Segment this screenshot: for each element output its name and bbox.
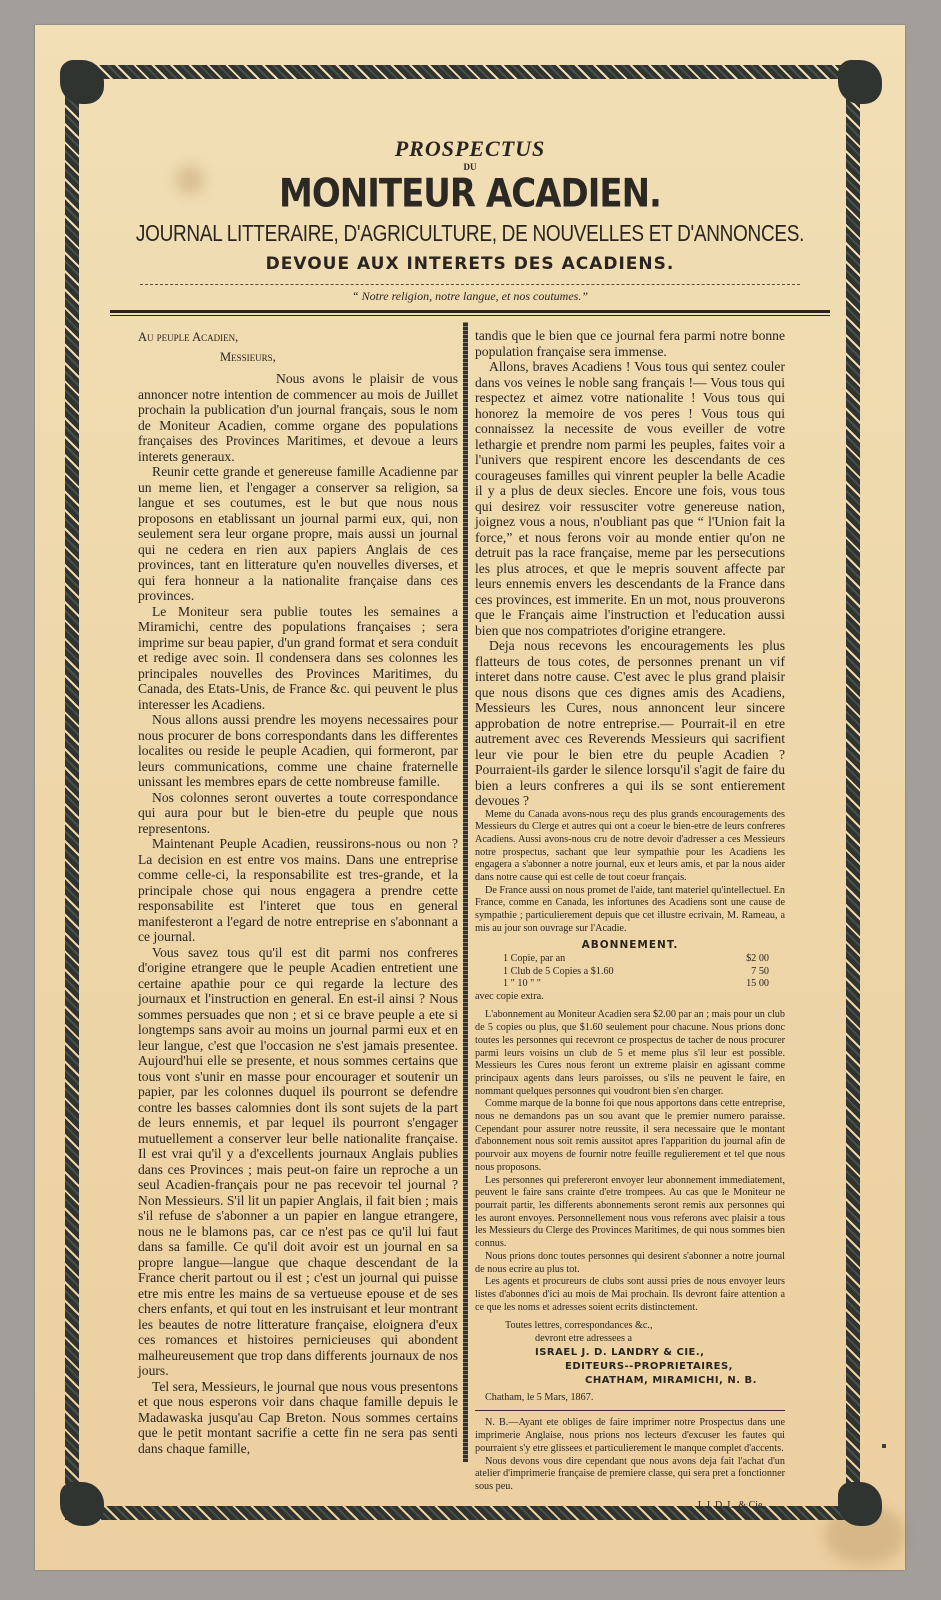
paragraph: Allons, braves Acadiens ! Vous tous qui … <box>475 359 785 638</box>
dashed-rule <box>140 284 800 285</box>
paragraph: Nous avons le plaisir de vous annoncer n… <box>138 371 458 464</box>
price-row: 1 Club de 5 Copies a $1.607 50 <box>475 966 785 979</box>
paragraph: Tel sera, Messieurs, le journal que nous… <box>138 1379 458 1457</box>
price-row: 1 " 10 " "15 00 <box>475 978 785 991</box>
column-left: Au peuple Acadien, Messieurs, Nous avons… <box>138 328 458 1456</box>
address-intro: Toutes lettres, correspondances &c., <box>475 1320 785 1333</box>
abonnement-note: avec copie extra. <box>475 991 785 1004</box>
rule <box>475 1410 785 1411</box>
abonnement-heading: ABONNEMENT. <box>475 939 785 952</box>
paragraph: De France aussi on nous promet de l'aide… <box>475 885 785 936</box>
newspaper-subtitle: JOURNAL LITTERAIRE, D'AGRICULTURE, DE NO… <box>120 222 820 248</box>
paragraph: Reunir cette grande et genereuse famille… <box>138 464 458 604</box>
paragraph: N. B.—Ayant ete obliges de faire imprime… <box>475 1417 785 1455</box>
paragraph: Comme marque de la bonne foi que nous ap… <box>475 1098 785 1174</box>
column-divider <box>463 322 468 1462</box>
paragraph: Deja nous recevons les encouragements le… <box>475 638 785 809</box>
paragraph: Nous allons aussi prendre les moyens nec… <box>138 712 458 790</box>
publisher-role: EDITEURS--PROPRIETAIRES, <box>475 1360 785 1374</box>
devotion-line: DEVOUE AUX INTERETS DES ACADIENS. <box>120 254 820 274</box>
paragraph: Nous devons vous dire cependant que nous… <box>475 1456 785 1494</box>
paragraph: Les personnes qui prefereront envoyer le… <box>475 1175 785 1251</box>
price-row: 1 Copie, par an$2 00 <box>475 953 785 966</box>
border-corner-ornament <box>60 1482 104 1526</box>
paragraph: Le Moniteur sera publie toutes les semai… <box>138 604 458 713</box>
paragraph: L'abonnement au Moniteur Acadien sera $2… <box>475 1009 785 1098</box>
paragraph: Les agents et procureurs de clubs sont a… <box>475 1276 785 1314</box>
paragraph: Nous prions donc toutes personnes qui de… <box>475 1251 785 1276</box>
small-print-section: Meme du Canada avons-nous reçu des plus … <box>475 809 785 1513</box>
salutation-messieurs: Messieurs, <box>220 350 458 366</box>
salutation: Au peuple Acadien, <box>138 330 458 346</box>
initials-signature: I. J. D. L. & Cie. <box>475 1500 785 1513</box>
prospectus-heading: PROSPECTUS <box>120 136 820 162</box>
double-rule <box>110 310 830 316</box>
publisher-name: ISRAEL J. D. LANDRY & CIE., <box>475 1346 785 1360</box>
border-corner-ornament <box>60 60 104 104</box>
border-corner-ornament <box>838 60 882 104</box>
border-corner-ornament <box>838 1482 882 1526</box>
motto: “ Notre religion, notre langue, et nos c… <box>120 289 820 304</box>
paragraph: tandis que le bien que ce journal fera p… <box>475 328 785 359</box>
paragraph: Vous savez tous qu'il est dit parmi nos … <box>138 945 458 1379</box>
newspaper-title: MONITEUR ACADIEN. <box>120 171 820 217</box>
dateline: Chatham, le 5 Mars, 1867. <box>475 1392 785 1405</box>
paragraph: Meme du Canada avons-nous reçu des plus … <box>475 809 785 885</box>
ink-speck <box>882 1444 886 1448</box>
address-intro: devront etre adressees a <box>475 1333 785 1346</box>
paragraph: Nos colonnes seront ouvertes a toute cor… <box>138 790 458 837</box>
paragraph: Maintenant Peuple Acadien, reussirons-no… <box>138 836 458 945</box>
column-right: tandis que le bien que ce journal fera p… <box>475 328 785 1512</box>
publisher-address: CHATHAM, MIRAMICHI, N. B. <box>475 1374 785 1388</box>
masthead: PROSPECTUS DU MONITEUR ACADIEN. JOURNAL … <box>120 130 820 316</box>
